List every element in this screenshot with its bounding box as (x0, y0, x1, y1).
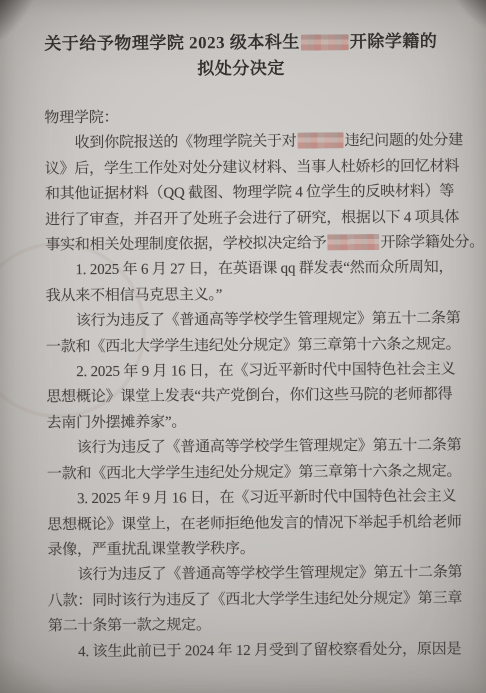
text-segment: 和其他证据材料（QQ 截图、物理学院 4 位学生的反映材料）等 (45, 184, 454, 203)
body-text-line: 录像，严重扰乱课堂教学秩序。 (47, 535, 449, 563)
text-segment: 开除学籍处分。 (380, 234, 484, 251)
text-segment: 一款和《西北大学学生违纪处分规定》第三章第十六条之规定。 (46, 336, 461, 355)
text-segment: 第二十条第一款之规定。 (48, 617, 211, 634)
text-segment: 开除学籍的 (350, 32, 438, 52)
text-segment: 2. 2025 年 9 月 16 日，在《习近平新时代中国特色社会主义 (76, 362, 455, 381)
title-line: 关于给予物理学院 2023 级本科生开除学籍的 (0, 28, 484, 57)
text-segment: 去南门外摆摊养家”。 (46, 414, 186, 431)
text-segment: 收到你院报送的《物理学院关于对 (75, 134, 297, 152)
body-text-line: 八款：同时该行为违反了《西北大学学生违纪处分规定》第三章 (48, 586, 450, 614)
body-text-line: 事实和相关处理制度依据，学校拟决定给予开除学籍处分。 (45, 231, 447, 259)
text-segment: 事实和相关处理制度依据，学校拟决定给予 (45, 235, 326, 253)
body-text-line: 思想概论》课堂上，在老师拒绝他发言的情况下举起手机给老师 (47, 510, 449, 538)
body-text-line: 议》后，学生工作处对处分建议材料、当事人杜娇杉的回忆材料 (45, 154, 447, 182)
text-segment: 4. 该生此前已于 2024 年 12 月受到了留校察看处分，原因是 (78, 641, 461, 660)
document-title: 关于给予物理学院 2023 级本科生开除学籍的拟处分决定 (0, 0, 484, 84)
text-segment: 1. 2025 年 6 月 27 日，在英语课 qq 群发表“然而众所周知， (75, 260, 453, 279)
body-text-line: 该行为违反了《普通高等学校学生管理规定》第五十二条第 (46, 307, 448, 335)
text-segment: 思想概论》课堂上，在老师拒绝他发言的情况下举起手机给老师 (47, 514, 462, 533)
body-text-line: 3. 2025 年 9 月 16 日，在《习近平新时代中国特色社会主义 (47, 485, 449, 513)
text-segment: 我从来不相信马克思主义。” (46, 287, 223, 304)
body-text-line: 4. 该生此前已于 2024 年 12 月受到了留校察看处分，原因是 (48, 637, 450, 665)
text-segment: 录像，严重扰乱课堂教学秩序。 (47, 541, 254, 558)
redaction-mosaic (298, 133, 344, 149)
redaction-mosaic (327, 234, 379, 250)
text-segment: 关于给予物理学院 2023 级本科生 (44, 33, 300, 54)
document-body: 物理学院：收到你院报送的《物理学院关于对违纪问题的处分建议》后，学生工作处对处分… (0, 103, 486, 665)
body-text-line: 一款和《西北大学学生违纪处分规定》第三章第十六条之规定。 (47, 459, 449, 487)
body-text-line: 物理学院： (44, 104, 446, 132)
text-segment: 一款和《西北大学学生违纪处分规定》第三章第十六条之规定。 (47, 463, 462, 482)
document-photo: 关于给予物理学院 2023 级本科生开除学籍的拟处分决定 物理学院：收到你院报送… (0, 0, 486, 693)
text-segment: 违纪问题的处分建 (345, 133, 464, 150)
body-text-line: 一款和《西北大学学生违纪处分规定》第三章第十六条之规定。 (46, 332, 448, 360)
text-segment: 思想概论》课堂上发表“共产党倒台，你们这些马院的老师都得 (46, 387, 452, 406)
body-text-line: 和其他证据材料（QQ 截图、物理学院 4 位学生的反映材料）等 (45, 180, 447, 208)
title-line: 拟处分决定 (0, 54, 484, 83)
text-segment: 该行为违反了《普通高等学校学生管理规定》第五十二条第 (78, 565, 463, 584)
body-text-line: 1. 2025 年 6 月 27 日，在英语课 qq 群发表“然而众所周知， (45, 256, 447, 284)
text-segment: 议》后，学生工作处对处分建议材料、当事人杜娇杉的回忆材料 (45, 158, 460, 177)
body-text-line: 思想概论》课堂上发表“共产党倒台，你们这些马院的老师都得 (46, 383, 448, 411)
body-text-line: 第二十条第一款之规定。 (48, 612, 450, 640)
body-text-line: 我从来不相信马克思主义。” (46, 281, 448, 309)
body-text-line: 该行为违反了《普通高等学校学生管理规定》第五十二条第 (47, 434, 449, 462)
body-text-line: 该行为违反了《普通高等学校学生管理规定》第五十二条第 (48, 561, 450, 589)
body-text-line: 收到你院报送的《物理学院关于对违纪问题的处分建 (44, 129, 446, 157)
text-segment: 该行为违反了《普通高等学校学生管理规定》第五十二条第 (77, 438, 462, 457)
text-segment: 该行为违反了《普通高等学校学生管理规定》第五十二条第 (76, 311, 461, 330)
text-segment: 进行了审查，并召开了处班子会进行了研究，根据以下 4 项具体 (45, 209, 459, 228)
redaction-mosaic (301, 34, 349, 50)
text-segment: 3. 2025 年 9 月 16 日，在《习近平新时代中国特色社会主义 (77, 489, 456, 508)
body-text-line: 去南门外摆摊养家”。 (46, 408, 448, 436)
body-text-line: 进行了审查，并召开了处班子会进行了研究，根据以下 4 项具体 (45, 205, 447, 233)
body-text-line: 2. 2025 年 9 月 16 日，在《习近平新时代中国特色社会主义 (46, 358, 448, 386)
text-segment: 拟处分决定 (197, 59, 285, 79)
text-segment: 八款：同时该行为违反了《西北大学学生违纪处分规定》第三章 (48, 590, 463, 609)
text-segment: 物理学院： (44, 110, 118, 127)
document-page: 关于给予物理学院 2023 级本科生开除学籍的拟处分决定 物理学院：收到你院报送… (0, 0, 486, 693)
